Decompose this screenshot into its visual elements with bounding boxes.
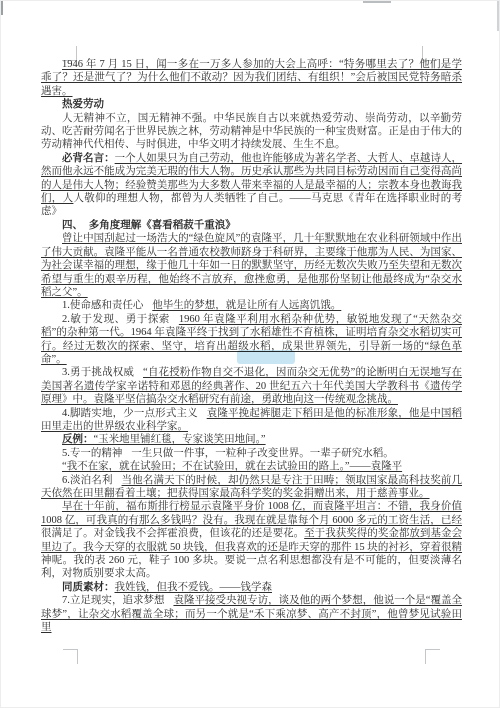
yuan-quote-text: “我不在家，就在试验田；不在试验田，就在去试验田的路上。”——袁隆平 (62, 461, 402, 472)
same-material: 同质素材：我姓钱，但我不爱钱。——钱学森 (41, 581, 462, 594)
scan-edge-artifact-right (497, 1, 499, 31)
point-5: 5.专一的精神一生只做一件事，一粒种子改变世界。一辈子研究水稻。 (41, 447, 462, 460)
same-material-label: 同质素材： (62, 582, 115, 593)
counter-example-text: “玉米地里铺红毯，专家谈笑田地间。” (94, 434, 266, 445)
intro-paragraph: 1946 年 7 月 15 日，闻一多在一万多人参加的大会上高呼：“特务哪里去了… (41, 58, 462, 98)
point-4: 4.脚踏实地，少一点形式主义袁隆平挽起裤腿走下稻田是他的标准形象，他是中国稻田里… (41, 407, 462, 434)
text-boundary-mark-bottom-right (425, 649, 440, 664)
labor-heading: 热爱劳动 (41, 98, 462, 111)
section-lead-paragraph: 曾让中国刮起过一场浩大的“绿色旋风”的袁隆平，几十年默默地在农业科研领域中作出了… (41, 232, 462, 299)
counter-example: 反例：“玉米地里铺红毯，专家谈笑田地间。” (41, 433, 462, 446)
maxim-paragraph: 必背名言：一个人如果只为自己劳动，他也许能够成为著名学者、大哲人、卓越诗人，然而… (41, 152, 462, 219)
point-1-text: 他毕生的梦想，就是让所有人远离饥饿。 (152, 300, 341, 311)
yuan-quote-paragraph: “我不在家，就在试验田；不在试验田，就在去试验田的路上。”——袁隆平 (41, 460, 462, 473)
money-segment-4: 神呢。我的表 260 元，鞋子 100 多块。要说一点名利思想都没有是不可能的，… (41, 555, 462, 579)
scan-edge-artifact-left (1, 1, 3, 15)
labor-body: 人无精神不立，国无精神不强。中华民族自古以来就热爱劳动、崇尚劳动，以辛勤劳动、吃… (41, 112, 462, 152)
point-6-label: 6.淡泊名利 (62, 475, 122, 486)
money-segment-1: 早在十年前，福布斯排行榜显示袁隆平身价 1008 亿，而袁隆平坦言：不错，我身价… (41, 501, 462, 525)
point-1-label: 1.使命感和责任心 (62, 300, 152, 311)
point-4-label: 4.脚踏实地，少一点形式主义 (62, 408, 207, 419)
section-title: 多角度理解《喜看稻菽千重浪》 (89, 220, 236, 231)
point-3-label: 3.勇于挑战权威 (62, 367, 143, 378)
intro-quote-text: 1946 年 7 月 15 日，闻一多在一万多人参加的大会上高呼：“特务哪里去了… (41, 59, 462, 97)
document-content: 1946 年 7 月 15 日，闻一多在一万多人参加的大会上高呼：“特务哪里去了… (41, 58, 462, 634)
point-5-label: 5.专一的精神 (62, 448, 131, 459)
point-1: 1.使命感和责任心他毕生的梦想，就是让所有人远离饥饿。 (41, 299, 462, 312)
scan-edge-artifact-top (363, 1, 391, 3)
same-material-text: 我姓钱，但我不爱钱。——钱学森 (115, 582, 273, 593)
money-segment-2: 很满足了。对金钱我不会挥霍浪费，但该花的还是要花。 (41, 528, 304, 539)
maxim-tail: 人敬仰的理想人物，都曾为人类牺牲了自己。——马克思《青年在选择职业时的考虑》 (41, 193, 462, 217)
point-6: 6.淡泊名利当他名满天下的时候，却仍然只是专注于田畴；领取国家最高科技奖前几天依… (41, 474, 462, 501)
point-7: 7.立足现实，追求梦想袁隆平接受央视专访，谈及他的两个梦想，他说一个是“覆盖全球… (41, 594, 462, 634)
point-3: 3.勇于挑战权威“自花授粉作物自交不退化，因而杂交无优势”的论断明白无误地写在美… (41, 366, 462, 406)
section-number: 四、 (62, 220, 89, 231)
point-2-label: 2.敏于发现、勇于探索 (62, 314, 179, 325)
point-5-text: 一生只做一件事，一粒种子改变世界。一辈子研究水稻。 (131, 448, 394, 459)
counter-example-label: 反例： (62, 434, 94, 445)
section-lead-text: 曾让中国刮起过一场浩大的“绿色旋风”的袁隆平，几十年默默地在农业科研领域中作出了… (41, 233, 462, 298)
text-boundary-mark-bottom-left (63, 649, 78, 664)
point-7-label: 7.立足现实，追求梦想 (62, 595, 173, 606)
section-heading: 四、多角度理解《喜看稻菽千重浪》 (41, 219, 462, 232)
maxim-label: 必背名言： (62, 153, 115, 164)
document-page: 1946 年 7 月 15 日，闻一多在一万多人参加的大会上高呼：“特务哪里去了… (0, 0, 500, 708)
money-paragraph: 早在十年前，福布斯排行榜显示袁隆平身价 1008 亿，而袁隆平坦言：不错，我身价… (41, 500, 462, 580)
point-2: 2.敏于发现、勇于探索1960 年袁隆平利用水稻杂种优势，敏锐地发现了“天然杂交… (41, 313, 462, 367)
